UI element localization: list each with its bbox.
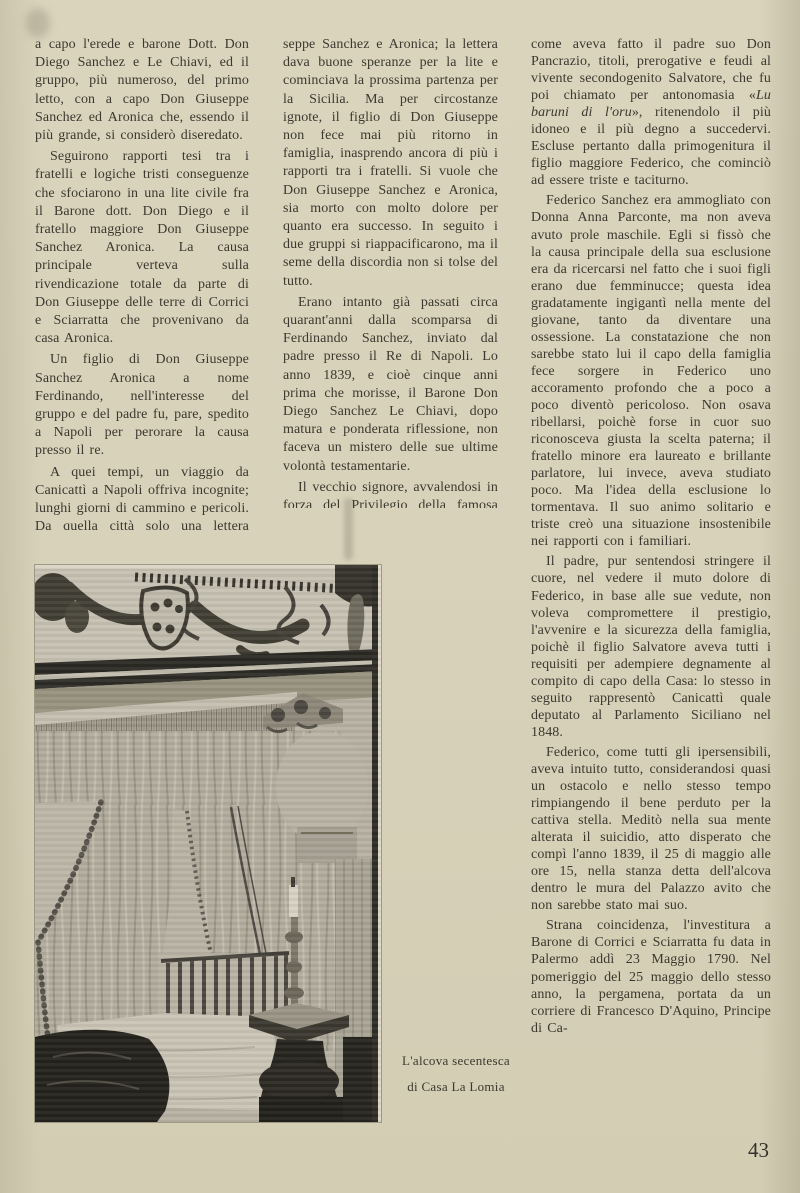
paragraph: Il padre, pur sentendosi stringere il cu… [531,553,771,741]
paragraph: come aveva fatto il padre suo Don Pancra… [531,36,771,189]
text-column-1: a capo l'erede e barone Dott. Don Diego … [35,36,249,530]
alcove-photo-illustration [35,565,381,1122]
photo-caption-line2: di Casa La Lomia [383,1074,529,1100]
text-column-3: come aveva fatto il padre suo Don Pancra… [531,36,771,1142]
ink-smudge-top-left [26,8,50,38]
photo-caption-line1: L'alcova secentesca [383,1048,529,1074]
photo-caption: L'alcova secentesca di Casa La Lomia [383,1048,529,1100]
paragraph: A quei tempi, un viaggio da Canicattì a … [35,464,249,530]
text-column-2: seppe Sanchez e Aronica; la lettera dava… [283,36,498,508]
page-number: 43 [748,1138,788,1163]
paragraph: Federico Sanchez era ammogliato con Donn… [531,192,771,550]
paragraph: Seguirono rapporti tesi tra i fratelli e… [35,148,249,348]
paragraph: Strana coincidenza, l'investitura a Baro… [531,917,771,1036]
magazine-page: a capo l'erede e barone Dott. Don Diego … [0,0,800,1193]
paragraph: seppe Sanchez e Aronica; la lettera dava… [283,36,498,291]
paragraph: Il vecchio signore, avvalendosi in forza… [283,479,498,508]
paragraph: a capo l'erede e barone Dott. Don Diego … [35,36,249,145]
paragraph: Un figlio di Don Giuseppe Sanchez Aronic… [35,351,249,460]
alcove-photo [35,565,381,1122]
paragraph: Erano intanto già passati circa quarant'… [283,294,498,476]
paragraph: Federico, come tutti gli ipersensibili, … [531,744,771,914]
